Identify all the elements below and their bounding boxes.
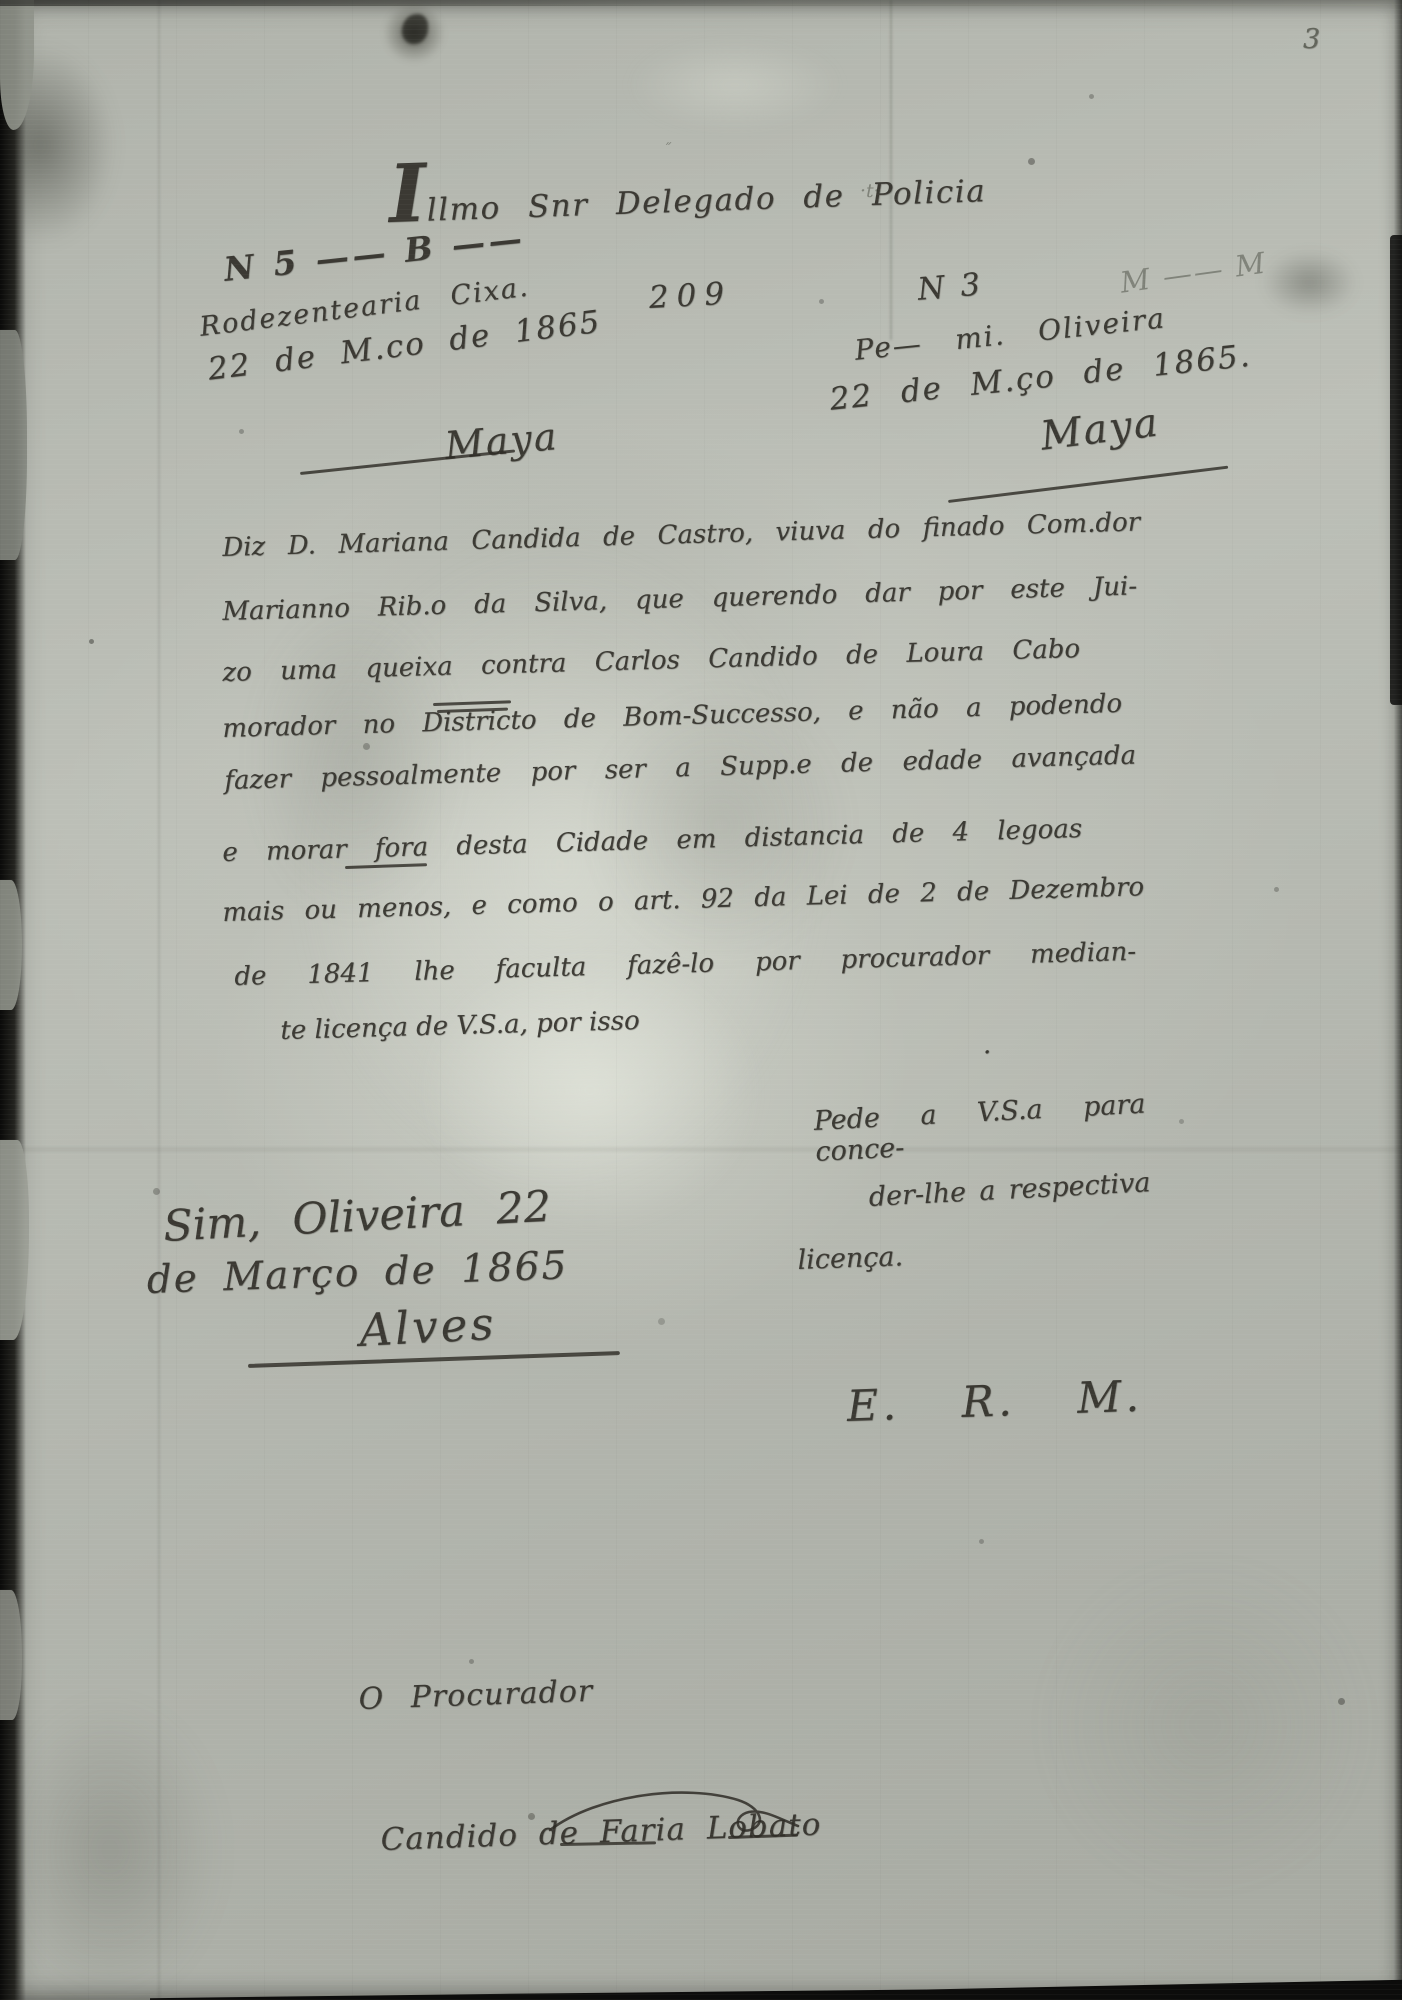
registry-right-signature: Maya [1038, 399, 1162, 459]
page-number: 3 [1303, 24, 1320, 55]
body-line: fazer pessoalmente por ser a Supp.e de e… [224, 741, 1136, 796]
procurator-label: O Procurador [358, 1674, 594, 1717]
registry-number-center: 209 [648, 276, 733, 316]
margin-crease [158, 0, 160, 2000]
contra-underline [433, 700, 511, 705]
torn-paper-chunk [0, 1590, 22, 1720]
paper-specks [0, 0, 3, 3]
petition-line: Pede a V.S.a para conce- [813, 1089, 1148, 1168]
body-line: morador no Districto de Bom-Successo, e … [222, 689, 1122, 744]
petition-line: licença. [797, 1241, 904, 1276]
body-line: zo uma queixa contra Carlos Candido de L… [222, 634, 1081, 688]
torn-paper-chunk [0, 0, 34, 130]
registry-number-right: N 3 [916, 266, 985, 308]
manuscript-page: 3 ˝ ·t· Illmo Snr Delegado de Policia N … [0, 0, 1402, 2000]
procurator-signature: Candido de Faria Lobato [380, 1807, 822, 1858]
despacho-line-2: de Março de 1865 [146, 1243, 569, 1303]
scan-edge-right-dark [1390, 235, 1402, 705]
registry-left-signature: Maya [443, 414, 560, 468]
scan-edge-right [1394, 0, 1402, 2000]
ink-smudge-top-core [402, 14, 428, 44]
stray-period-mark: . [983, 1030, 991, 1060]
body-line: mais ou menos, e como o art. 92 da Lei d… [222, 872, 1144, 928]
despacho-line-1: Sim, Oliveira 22 [162, 1182, 552, 1252]
fold-crease-horizontal [0, 1148, 1402, 1151]
body-line: te licença de V.S.a, por isso [280, 1006, 640, 1046]
scan-edge-bottom [150, 1978, 1402, 2000]
torn-paper-chunk [0, 1140, 29, 1340]
registry-pencil-marks: M —— M [1118, 245, 1269, 299]
torn-paper-chunk [0, 880, 22, 1010]
scan-edge-top [0, 0, 1402, 6]
body-line: Marianno Rib.o da Silva, que querendo da… [222, 571, 1137, 627]
body-line: Diz D. Mariana Candida de Castro, viuva … [222, 507, 1140, 563]
body-line: e morar fora desta Cidade em distancia d… [222, 814, 1083, 868]
torn-paper-chunk [0, 330, 27, 560]
despacho-signature-underline [248, 1351, 620, 1367]
right-signature-underline [948, 466, 1228, 503]
stain-right [1262, 250, 1357, 315]
stray-dots-mark: ˝ [663, 140, 671, 158]
stain-top-center-light [630, 40, 840, 130]
despacho-signature: Alves [358, 1297, 498, 1357]
salutation-line: Illmo Snr Delegado de Policia [388, 151, 987, 230]
binding-edge [0, 0, 26, 2000]
stain-bottom-right [1040, 1560, 1370, 1890]
petition-line: der-lhe a respectiva [868, 1167, 1151, 1213]
stain-top-left [0, 45, 115, 245]
body-line: de 1841 lhe faculta fazê-lo por procurad… [234, 937, 1136, 992]
closing-formula: E. R. M. [846, 1372, 1144, 1432]
stain-bottom-left [0, 1700, 220, 2000]
ink-smudge-top [383, 3, 445, 63]
